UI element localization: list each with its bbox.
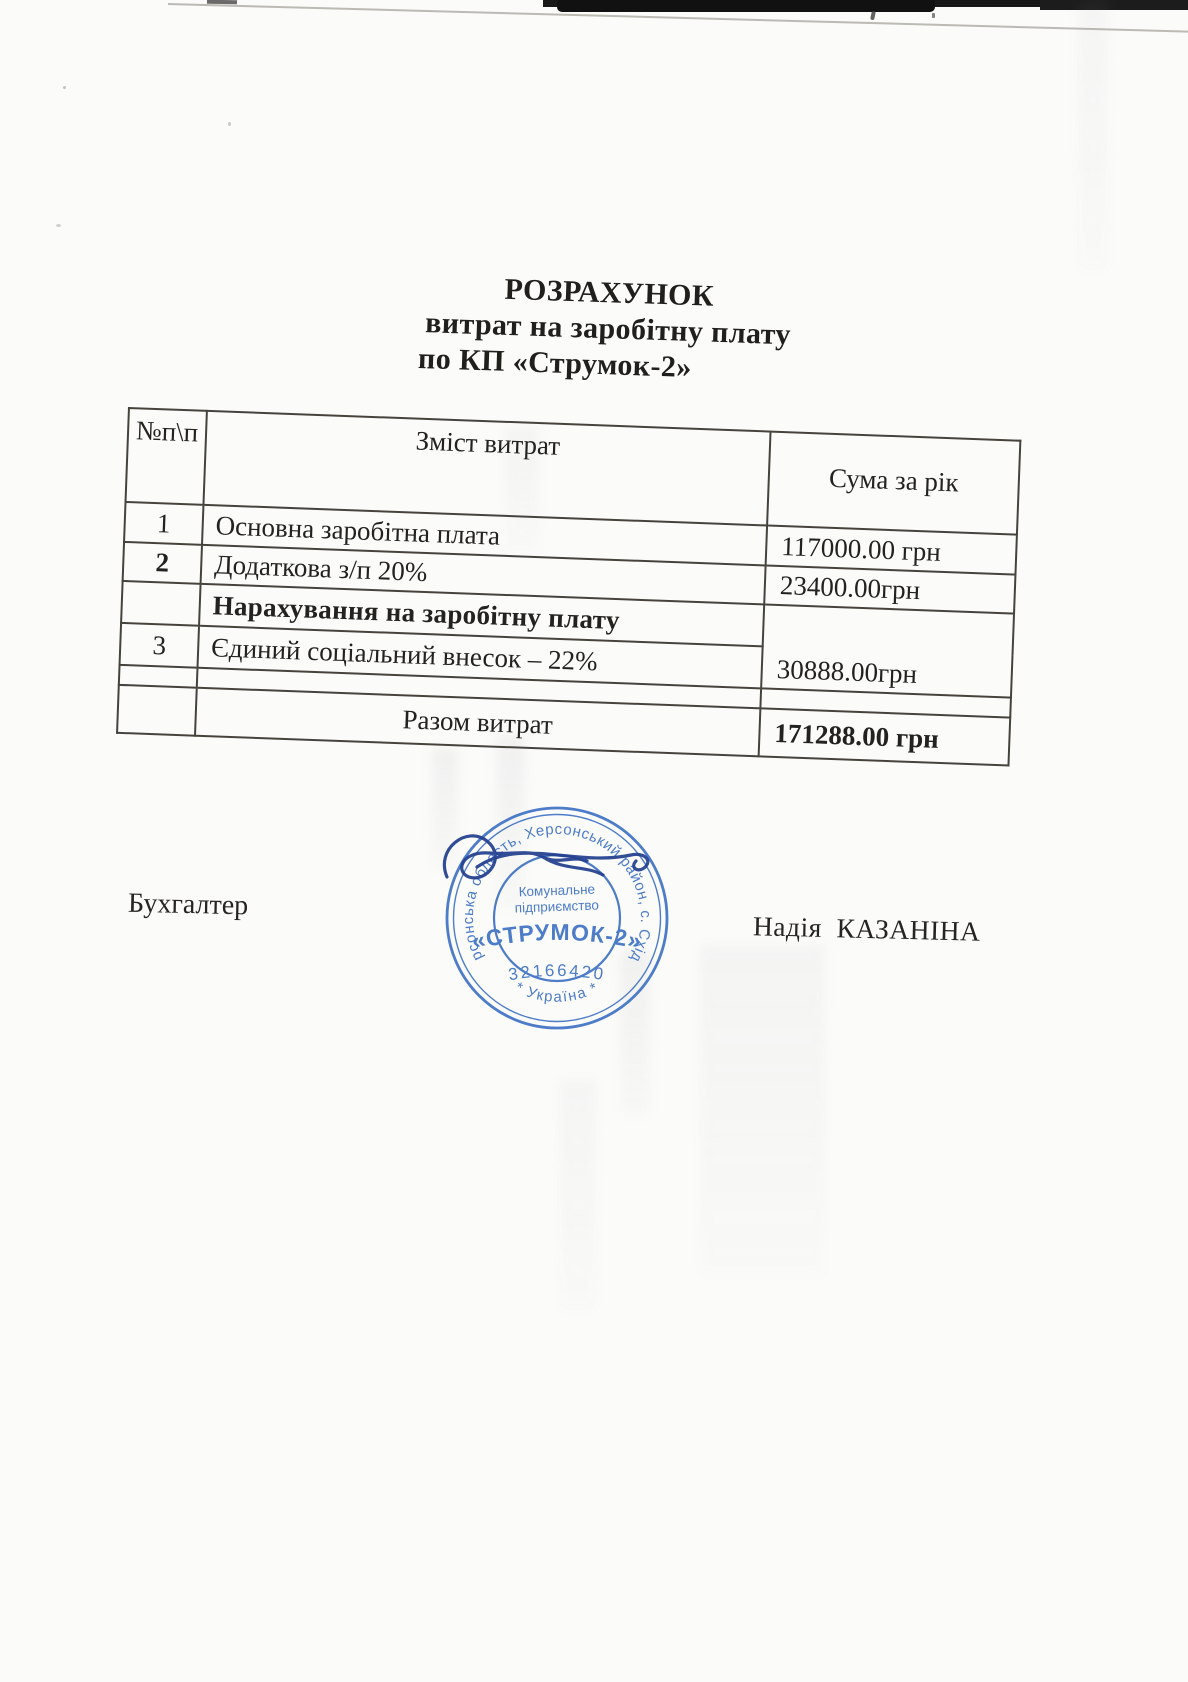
row-number: 3 [120,623,199,668]
stamp-country-text: * Україна * [512,979,601,1006]
row-number [117,685,197,736]
scan-artifact-top-bar-thick [557,0,935,12]
row-amount: 30888.00грн [761,604,1014,697]
scan-speck [228,122,231,126]
total-amount: 171288.00 грн [759,708,1011,765]
scan-artifact-tick [870,11,876,21]
scan-speck [932,13,935,18]
scan-streak [1078,0,1108,270]
signatory-name: Надія КАЗАНІНА [753,910,981,948]
document-title: РОЗРАХУНОК витрат на заробітну плату по … [326,266,889,393]
row-number: 1 [124,502,203,545]
row-number [119,665,198,688]
signatory-role: Бухгалтер [128,888,249,923]
scan-speck [56,224,61,227]
scan-streak [700,945,825,1275]
col-header-amount: Сума за рік [767,432,1020,535]
row-number: 2 [123,542,202,584]
scan-speck [63,86,66,89]
row-number [121,581,200,626]
handwritten-signature [425,815,675,925]
col-header-number: №п\п [126,408,207,505]
scanned-document-page: РОЗРАХУНОК витрат на заробітну плату по … [0,0,1188,1682]
scan-artifact-dash [207,0,237,4]
expenses-table-container: №п\п Зміст витрат Сума за рік 1 Основна … [116,407,1021,767]
scan-artifact-top-bar-right [1040,0,1188,10]
expenses-table: №п\п Зміст витрат Сума за рік 1 Основна … [116,407,1021,767]
scan-streak [560,1080,596,1310]
